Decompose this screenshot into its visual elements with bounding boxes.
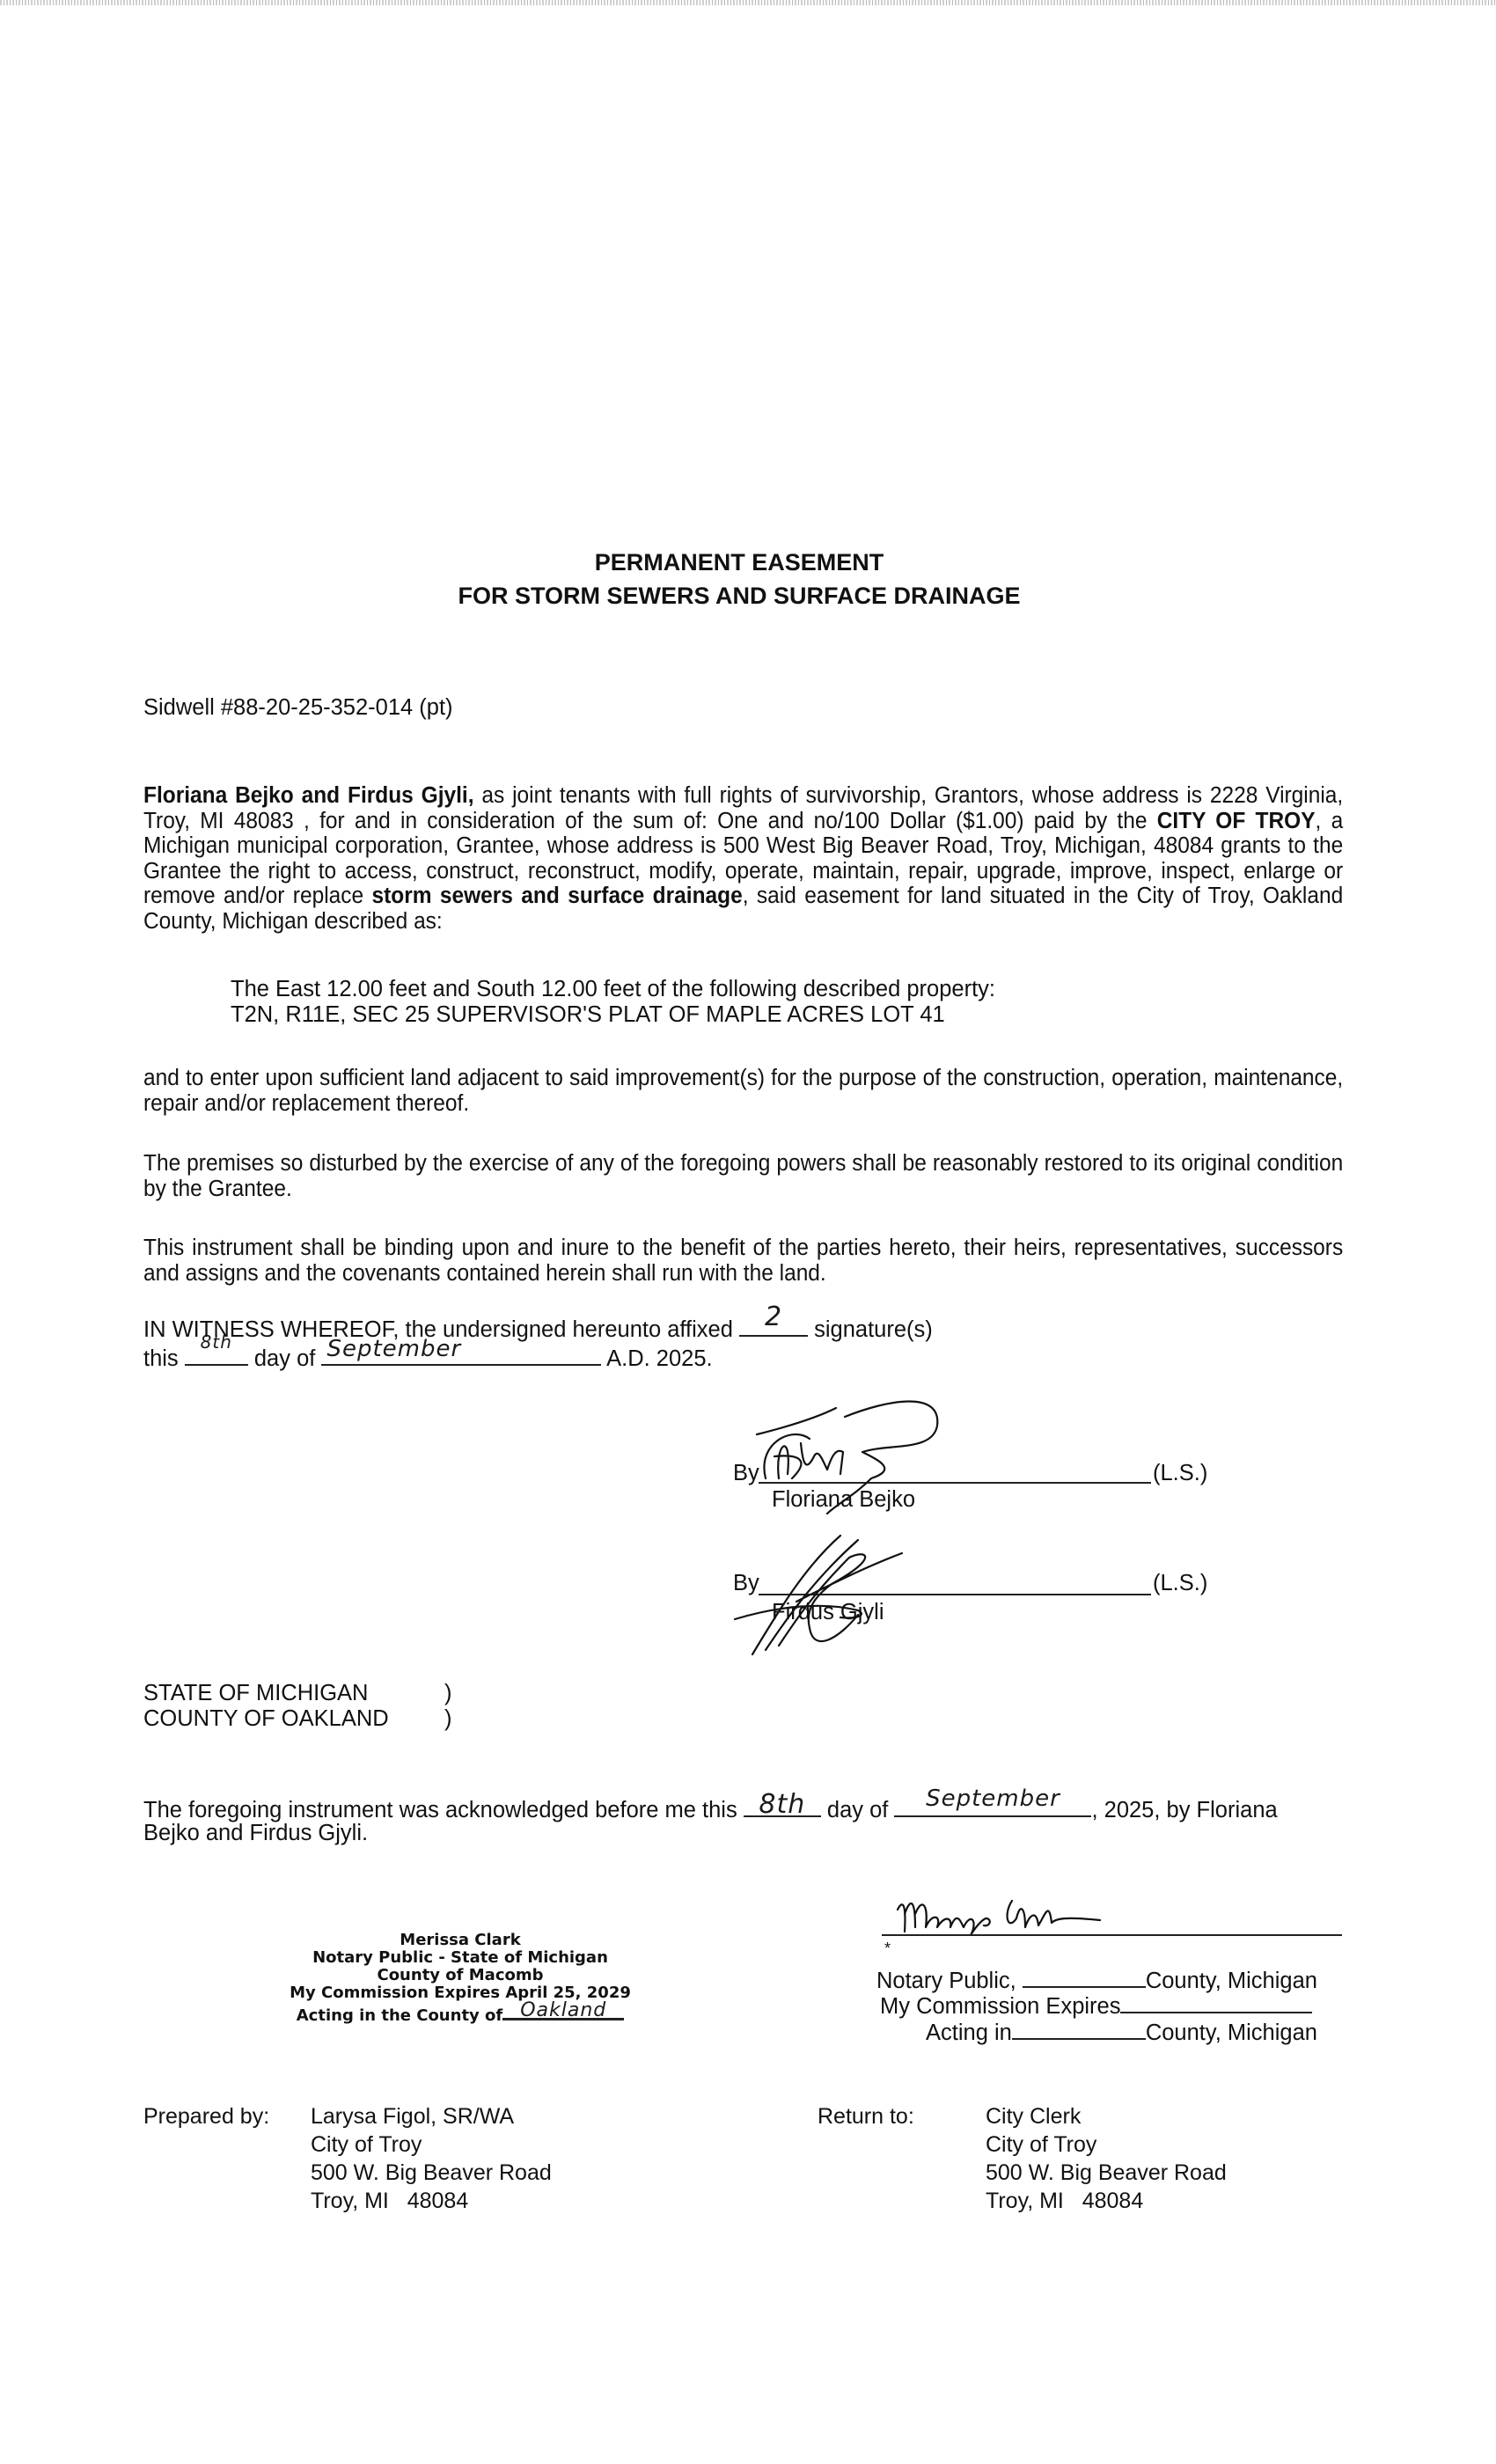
return-to-line-1: City Clerk	[986, 2102, 1227, 2130]
signatory-1-ls: (L.S.)	[1153, 1461, 1207, 1486]
ack-month-field: September	[894, 1794, 1091, 1817]
witness-month-field: September	[321, 1343, 601, 1366]
return-to-line-2: City of Troy	[986, 2130, 1227, 2159]
legal-description-line-2: T2N, R11E, SEC 25 SUPERVISOR'S PLAT OF M…	[231, 1002, 995, 1028]
commission-expires-field[interactable]	[1120, 1992, 1312, 2013]
this-label: this	[143, 1346, 179, 1371]
witness-line-2: this 8th day of September A.D. 2025.	[143, 1343, 933, 1372]
scan-artifact	[0, 0, 1496, 5]
signature-floriana-bejko	[739, 1390, 950, 1514]
document-title: PERMANENT EASEMENT FOR STORM SEWERS AND …	[0, 546, 1478, 612]
ack-month-handwritten: September	[894, 1786, 1091, 1812]
witness-suffix: signature(s)	[814, 1317, 933, 1342]
venue-paren-2: )	[444, 1706, 452, 1732]
prepared-by-line-4: Troy, MI 48084	[311, 2187, 552, 2215]
venue-county-text: COUNTY OF OAKLAND	[143, 1706, 389, 1731]
acknowledgment-line-2: Bejko and Firdus Gjyli.	[143, 1821, 368, 1846]
grant-paragraph: Floriana Bejko and Firdus Gjyli, as join…	[143, 783, 1343, 934]
acting-in-suffix: County, Michigan	[1146, 2020, 1317, 2045]
stamp-acting-handwritten: Oakland	[502, 2002, 624, 2020]
stamp-name: Merissa Clark	[280, 1932, 641, 1949]
notary-county-field[interactable]	[1023, 1967, 1146, 1988]
notary-line-1: Notary Public, County, Michigan	[876, 1967, 1317, 1994]
return-to-address: City Clerk City of Troy 500 W. Big Beave…	[986, 2102, 1227, 2215]
sidwell-number: Sidwell #88-20-25-352-014 (pt)	[143, 695, 453, 721]
acting-in-field[interactable]	[1012, 2019, 1146, 2040]
notary-line-2: My Commission Expires	[880, 1992, 1312, 2020]
ack-prefix: The foregoing instrument was acknowledge…	[143, 1798, 737, 1822]
venue-county: COUNTY OF OAKLAND)	[143, 1706, 478, 1732]
witness-day-field: 8th	[185, 1343, 248, 1366]
return-to-label: Return to:	[818, 2102, 914, 2130]
easement-purpose: storm sewers and surface drainage	[371, 884, 742, 908]
ack-day-handwritten: 8th	[744, 1792, 821, 1817]
return-to-line-3: 500 W. Big Beaver Road	[986, 2159, 1227, 2187]
title-line-1: PERMANENT EASEMENT	[0, 546, 1478, 579]
notary-stamp: Merissa Clark Notary Public - State of M…	[280, 1932, 641, 2025]
stamp-title: Notary Public - State of Michigan	[280, 1949, 641, 1967]
notary-line-3: Acting inCounty, Michigan	[926, 2019, 1317, 2046]
binding-paragraph: This instrument shall be binding upon an…	[143, 1236, 1343, 1287]
stamp-acting: Acting in the County ofOakland	[280, 2002, 641, 2025]
witness-clause: IN WITNESS WHEREOF, the undersigned here…	[143, 1314, 933, 1372]
signatory-2-ls: (L.S.)	[1153, 1571, 1207, 1596]
witness-day-handwritten: 8th	[185, 1330, 248, 1355]
restoration-paragraph: The premises so disturbed by the exercis…	[143, 1151, 1343, 1202]
witness-month-handwritten: September	[326, 1337, 601, 1362]
year-label: A.D. 2025.	[606, 1346, 713, 1371]
prepared-by-line-2: City of Troy	[311, 2130, 552, 2159]
venue-paren-1: )	[444, 1681, 452, 1706]
stamp-county: County of Macomb	[280, 1967, 641, 1984]
stamp-acting-field: Oakland	[502, 2002, 624, 2020]
prepared-by-line-3: 500 W. Big Beaver Road	[311, 2159, 552, 2187]
venue-state: STATE OF MICHIGAN)	[143, 1681, 478, 1706]
signature-count-field: 2	[739, 1314, 808, 1337]
acting-in-label: Acting in	[926, 2020, 1012, 2045]
venue-state-text: STATE OF MICHIGAN	[143, 1681, 368, 1705]
ack-day-of: day of	[827, 1798, 888, 1822]
legal-description: The East 12.00 feet and South 12.00 feet…	[231, 977, 995, 1028]
commission-expires-label: My Commission Expires	[880, 1994, 1120, 2019]
signature-count-handwritten: 2	[739, 1304, 808, 1330]
notary-signature-line	[882, 1934, 1342, 1936]
notary-public-label: Notary Public,	[876, 1969, 1016, 1993]
signature-firdus-gjyli	[726, 1531, 928, 1663]
title-line-2: FOR STORM SEWERS AND SURFACE DRAINAGE	[0, 579, 1478, 612]
grantee-name: CITY OF TROY	[1157, 809, 1316, 833]
venue-block: STATE OF MICHIGAN) COUNTY OF OAKLAND)	[143, 1681, 478, 1732]
prepared-by-line-1: Larysa Figol, SR/WA	[311, 2102, 552, 2130]
grantors-names: Floriana Bejko and Firdus Gjyli,	[143, 783, 474, 808]
acknowledgment-line-1: The foregoing instrument was acknowledge…	[143, 1794, 1278, 1823]
return-to-line-4: Troy, MI 48084	[986, 2187, 1227, 2215]
ack-suffix: , 2025, by Floriana	[1091, 1798, 1277, 1822]
entry-paragraph: and to enter upon sufficient land adjace…	[143, 1066, 1343, 1117]
stamp-acting-prefix: Acting in the County of	[297, 2006, 503, 2025]
prepared-by-address: Larysa Figol, SR/WA City of Troy 500 W. …	[311, 2102, 552, 2215]
prepared-by-label: Prepared by:	[143, 2102, 269, 2130]
legal-description-line-1: The East 12.00 feet and South 12.00 feet…	[231, 977, 995, 1002]
day-of-label: day of	[254, 1346, 315, 1371]
ack-day-field: 8th	[744, 1794, 821, 1817]
notary-asterisk: *	[884, 1940, 891, 1958]
notary-county-suffix: County, Michigan	[1146, 1969, 1317, 1993]
